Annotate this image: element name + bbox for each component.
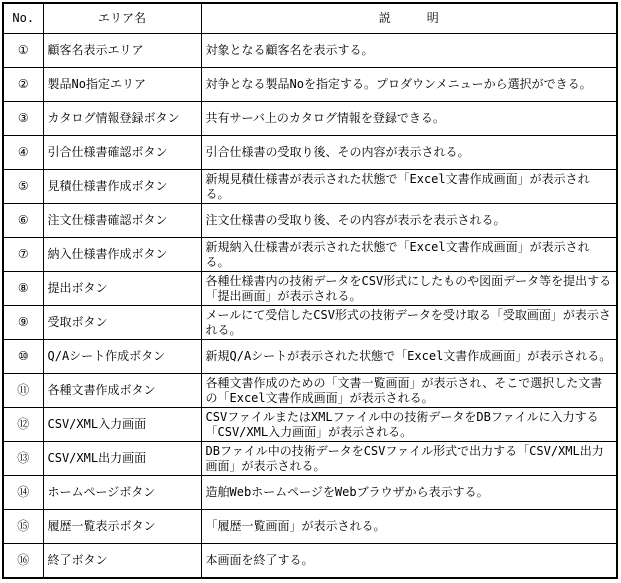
row-number: ④: [3, 136, 43, 170]
row-number: ⑤: [3, 170, 43, 204]
row-number: ⑬: [3, 442, 43, 476]
area-description: 新規Q/Aシートが表示された状態で「Excel文書作成画面」が表示される。: [201, 340, 617, 374]
table-row: ⑭ ホームページボタン 造舶WebホームページをWebブラウザから表示する。: [3, 476, 617, 510]
row-number: ⑩: [3, 340, 43, 374]
table-row: ⑨ 受取ボタン メールにて受信したCSV形式の技術データを受け取る「受取画面」が…: [3, 306, 617, 340]
area-description: 各種文書作成のための「文書一覧画面」が表示され、そこで選択した文書の「Excel…: [201, 374, 617, 408]
table-row: ⑥ 注文仕様書確認ボタン 注文仕様書の受取り後、その内容が表示を表示される。: [3, 204, 617, 238]
header-no: No.: [3, 3, 43, 34]
area-description-table: No. エリア名 説 明 ① 顧客名表示エリア 対象となる顧客名を表示する。 ②…: [2, 2, 618, 579]
area-description: DBファイル中の技術データをCSVファイル形式で出力する「CSV/XML出力画面…: [201, 442, 617, 476]
area-name: Q/Aシート作成ボタン: [43, 340, 201, 374]
area-name: 納入仕様書作成ボタン: [43, 238, 201, 272]
table-body: ① 顧客名表示エリア 対象となる顧客名を表示する。 ② 製品No指定エリア 対争…: [3, 34, 617, 579]
area-description: 各種仕様書内の技術データをCSV形式にしたものや図面データ等を提出する「提出画面…: [201, 272, 617, 306]
row-number: ⑪: [3, 374, 43, 408]
table-header: No. エリア名 説 明: [3, 3, 617, 34]
area-description: 引合仕様書の受取り後、その内容が表示される。: [201, 136, 617, 170]
table-row: ⑦ 納入仕様書作成ボタン 新規納入仕様書が表示された状態で「Excel文書作成画…: [3, 238, 617, 272]
area-name: ホームページボタン: [43, 476, 201, 510]
table-row: ⑧ 提出ボタン 各種仕様書内の技術データをCSV形式にしたものや図面データ等を提…: [3, 272, 617, 306]
area-description: 共有サーバ上のカタログ情報を登録できる。: [201, 102, 617, 136]
row-number: ⑧: [3, 272, 43, 306]
row-number: ⑮: [3, 510, 43, 544]
row-number: ⑫: [3, 408, 43, 442]
area-name: CSV/XML出力画面: [43, 442, 201, 476]
area-description: 造舶WebホームページをWebブラウザから表示する。: [201, 476, 617, 510]
area-name: 引合仕様書確認ボタン: [43, 136, 201, 170]
header-description: 説 明: [201, 3, 617, 34]
row-number: ②: [3, 68, 43, 102]
table-row: ⑪ 各種文書作成ボタン 各種文書作成のための「文書一覧画面」が表示され、そこで選…: [3, 374, 617, 408]
header-row: No. エリア名 説 明: [3, 3, 617, 34]
area-description: メールにて受信したCSV形式の技術データを受け取る「受取画面」が表示される。: [201, 306, 617, 340]
table-row: ① 顧客名表示エリア 対象となる顧客名を表示する。: [3, 34, 617, 68]
table-row: ⑬ CSV/XML出力画面 DBファイル中の技術データをCSVファイル形式で出力…: [3, 442, 617, 476]
area-name: 提出ボタン: [43, 272, 201, 306]
table-row: ② 製品No指定エリア 対争となる製品Noを指定する。プロダウンメニューから選択…: [3, 68, 617, 102]
area-name: CSV/XML入力画面: [43, 408, 201, 442]
row-number: ③: [3, 102, 43, 136]
area-name: 製品No指定エリア: [43, 68, 201, 102]
area-name: 見積仕様書作成ボタン: [43, 170, 201, 204]
area-description: 新規見積仕様書が表示された状態で「Excel文書作成画面」が表示される。: [201, 170, 617, 204]
area-name: カタログ情報登録ボタン: [43, 102, 201, 136]
row-number: ①: [3, 34, 43, 68]
area-description: 「履歴一覧画面」が表示される。: [201, 510, 617, 544]
area-description: 対象となる顧客名を表示する。: [201, 34, 617, 68]
area-description: 本画面を終了する。: [201, 544, 617, 579]
area-description: CSVファイルまたはXMLファイル中の技術データをDBファイルに入力する「CSV…: [201, 408, 617, 442]
area-name: 注文仕様書確認ボタン: [43, 204, 201, 238]
table-row: ⑮ 履歴一覧表示ボタン 「履歴一覧画面」が表示される。: [3, 510, 617, 544]
table-row: ⑤ 見積仕様書作成ボタン 新規見積仕様書が表示された状態で「Excel文書作成画…: [3, 170, 617, 204]
table-row: ⑯ 終了ボタン 本画面を終了する。: [3, 544, 617, 579]
table-row: ③ カタログ情報登録ボタン 共有サーバ上のカタログ情報を登録できる。: [3, 102, 617, 136]
table-row: ⑫ CSV/XML入力画面 CSVファイルまたはXMLファイル中の技術データをD…: [3, 408, 617, 442]
area-description: 新規納入仕様書が表示された状態で「Excel文書作成画面」が表示される。: [201, 238, 617, 272]
area-description: 注文仕様書の受取り後、その内容が表示を表示される。: [201, 204, 617, 238]
table-row: ④ 引合仕様書確認ボタン 引合仕様書の受取り後、その内容が表示される。: [3, 136, 617, 170]
area-name: 各種文書作成ボタン: [43, 374, 201, 408]
header-area-name: エリア名: [43, 3, 201, 34]
area-description: 対争となる製品Noを指定する。プロダウンメニューから選択ができる。: [201, 68, 617, 102]
table-row: ⑩ Q/Aシート作成ボタン 新規Q/Aシートが表示された状態で「Excel文書作…: [3, 340, 617, 374]
row-number: ⑯: [3, 544, 43, 579]
row-number: ⑭: [3, 476, 43, 510]
row-number: ⑥: [3, 204, 43, 238]
area-name: 履歴一覧表示ボタン: [43, 510, 201, 544]
row-number: ⑨: [3, 306, 43, 340]
area-name: 受取ボタン: [43, 306, 201, 340]
area-name: 顧客名表示エリア: [43, 34, 201, 68]
row-number: ⑦: [3, 238, 43, 272]
area-name: 終了ボタン: [43, 544, 201, 579]
